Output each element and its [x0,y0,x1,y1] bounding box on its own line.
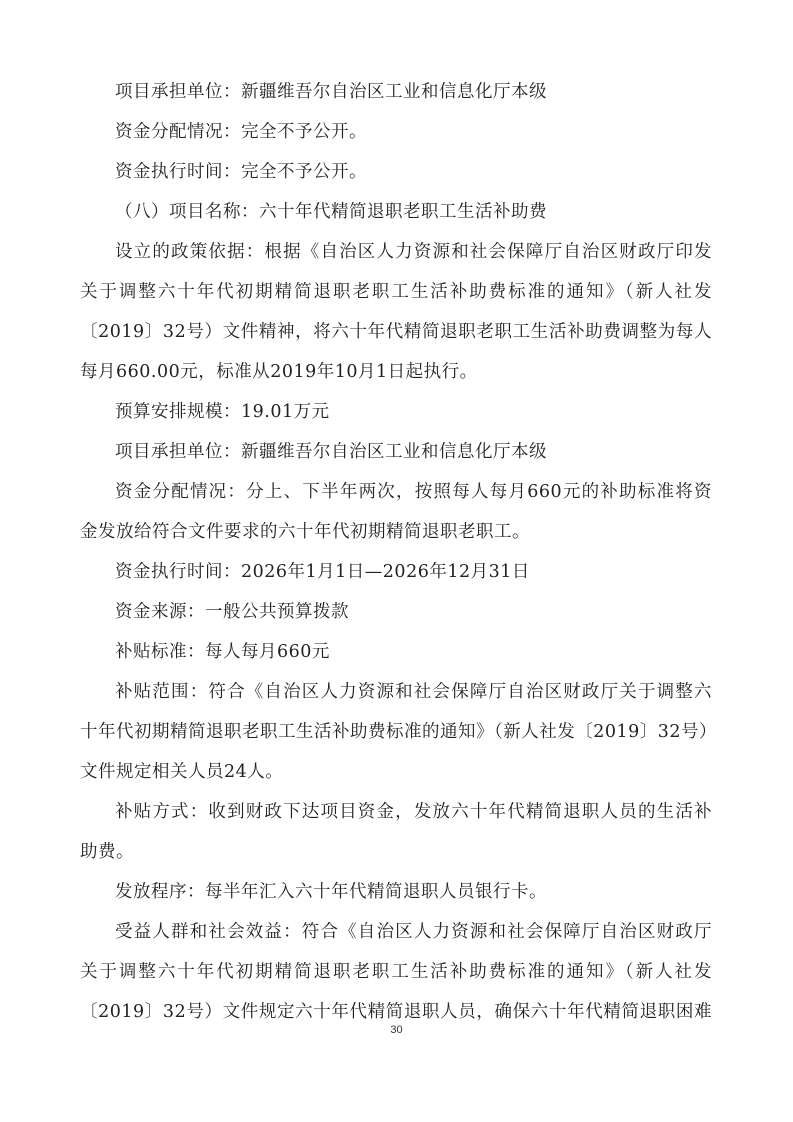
text-line: 补贴标准：每人每月660元 [115,642,712,662]
text-line: 项目承担单位：新疆维吾尔自治区工业和信息化厅本级 [115,442,712,462]
text-line: 关于调整六十年代初期精简退职老职工生活补助费标准的通知》（新人社发 [80,282,712,302]
text-line: 〔2019〕32号）文件精神，将六十年代精简退职老职工生活补助费调整为每人 [80,322,712,342]
text-line: 资金执行时间：2026年1月1日—2026年12月31日 [115,562,712,582]
text-line: 资金执行时间：完全不予公开。 [115,162,712,182]
text-line: 〔2019〕32号）文件规定六十年代精简退职人员，确保六十年代精简退职困难 [80,1002,712,1022]
text-line: 补贴范围：符合《自治区人力资源和社会保障厅自治区财政厅关于调整六 [115,682,712,702]
text-line: 关于调整六十年代初期精简退职老职工生活补助费标准的通知》（新人社发 [80,962,712,982]
text-line: 预算安排规模：19.01万元 [115,402,712,422]
page-number: 30 [0,1024,793,1036]
text-line: 资金分配情况：分上、下半年两次，按照每人每月660元的补助标准将资 [115,482,712,502]
document-page: 项目承担单位：新疆维吾尔自治区工业和信息化厅本级资金分配情况：完全不予公开。资金… [0,0,793,1122]
text-line: 补贴方式：收到财政下达项目资金，发放六十年代精简退职人员的生活补 [115,802,712,822]
text-line: 每月660.00元，标准从2019年10月1日起执行。 [80,362,712,382]
text-line: 受益人群和社会效益：符合《自治区人力资源和社会保障厅自治区财政厅 [115,922,712,942]
text-line: 十年代初期精简退职老职工生活补助费标准的通知》（新人社发〔2019〕32号） [80,722,712,742]
text-line: 资金分配情况：完全不予公开。 [115,122,712,142]
text-line: 发放程序：每半年汇入六十年代精简退职人员银行卡。 [115,882,712,902]
text-line: 助费。 [80,842,712,862]
text-line: 项目承担单位：新疆维吾尔自治区工业和信息化厅本级 [115,82,712,102]
text-line: 设立的政策依据：根据《自治区人力资源和社会保障厅自治区财政厅印发 [115,242,712,262]
text-line: （八）项目名称：六十年代精简退职老职工生活补助费 [115,202,712,222]
text-line: 金发放给符合文件要求的六十年代初期精简退职老职工。 [80,522,712,542]
text-line: 文件规定相关人员24人。 [80,762,712,782]
text-line: 资金来源：一般公共预算拨款 [115,602,712,622]
